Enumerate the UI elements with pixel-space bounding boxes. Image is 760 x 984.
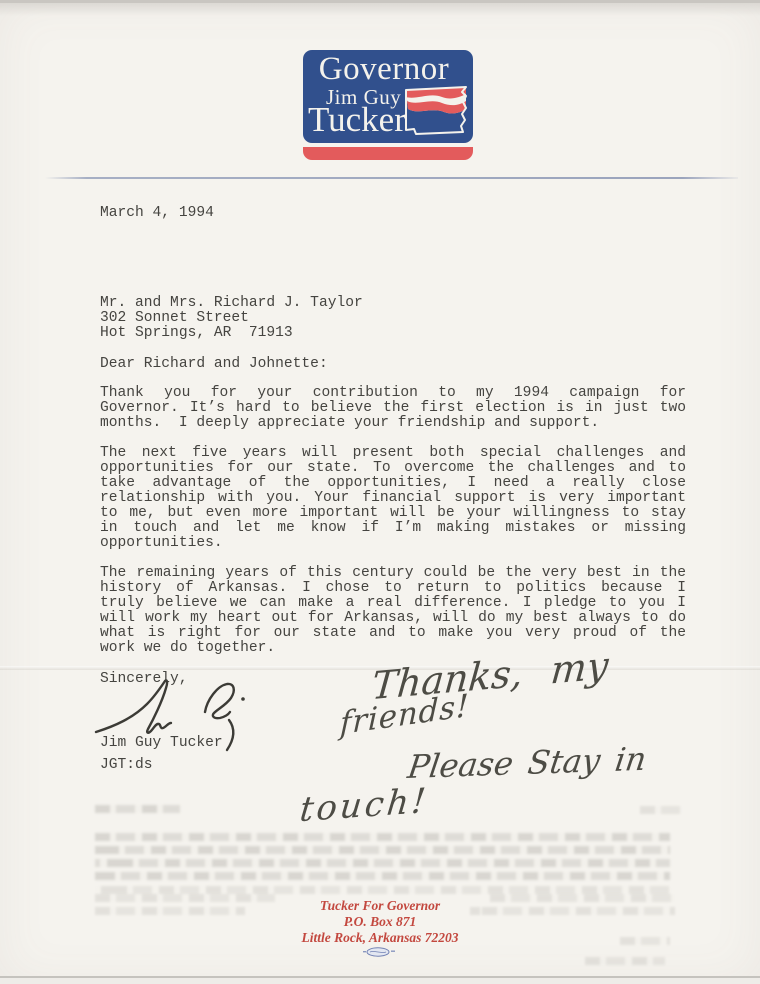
bleedthrough-row [95, 872, 670, 880]
bleedthrough-row [95, 805, 180, 813]
text-line: 302 Sonnet Street [100, 311, 363, 326]
bleedthrough-row [95, 833, 670, 841]
bleedthrough-row [95, 886, 670, 894]
footer-address-block: Tucker For Governor P.O. Box 871 Little … [0, 898, 760, 945]
text-line: The remaining years of this century coul… [100, 566, 686, 581]
text-line: months. I deeply appreciate your friends… [100, 416, 686, 431]
text-line: relationship with you. Your financial su… [100, 491, 686, 506]
body-paragraph-3: The remaining years of this century coul… [100, 566, 686, 656]
bleedthrough-row [95, 846, 670, 854]
text-line: truly believe we can make a real differe… [100, 596, 686, 611]
body-paragraph-1: Thank you for your contribution to my 19… [100, 386, 686, 431]
text-line: Mr. and Mrs. Richard J. Taylor [100, 296, 363, 311]
letter-date: March 4, 1994 [100, 206, 214, 221]
recipient-address: Mr. and Mrs. Richard J. Taylor302 Sonnet… [100, 296, 363, 341]
text-line: will work my heart out for Arkansas, wil… [100, 611, 686, 626]
signature-scribble [93, 676, 268, 756]
footer-org: Tucker For Governor [0, 898, 760, 914]
footer-po-box: P.O. Box 871 [0, 914, 760, 930]
bleedthrough-row [95, 859, 670, 867]
fold-crease-upper [45, 177, 738, 179]
text-line: history of Arkansas. I chose to return t… [100, 581, 686, 596]
text-line: opportunities. [100, 536, 686, 551]
logo-blue-panel: Governor Jim Guy Tucker [303, 50, 473, 143]
salutation: Dear Richard and Johnette: [100, 357, 328, 372]
body-paragraph-2: The next five years will present both sp… [100, 446, 686, 551]
text-line: take advantage of the opportunities, I n… [100, 476, 686, 491]
arkansas-state-flag-icon [401, 84, 470, 137]
handwritten-note-line-3: Please Stay in [405, 740, 648, 787]
text-line: Hot Springs, AR 71913 [100, 326, 363, 341]
text-line: Thank you for your contribution to my 19… [100, 386, 686, 401]
logo-red-bar [303, 147, 473, 160]
scanned-letter-page: Governor Jim Guy Tucker March 4, 1994 Mr… [0, 0, 760, 984]
text-line: Governor. It’s hard to believe the first… [100, 401, 686, 416]
logo-word-tucker: Tucker [308, 102, 406, 138]
handwritten-note-line-2: friends! [339, 688, 470, 743]
logo-word-governor: Governor [303, 52, 465, 86]
text-line: what is right for our state and to make … [100, 626, 686, 641]
footer-city: Little Rock, Arkansas 72203 [0, 930, 760, 946]
text-line: in touch and let me know if I’m making m… [100, 521, 686, 536]
bleedthrough-row [640, 806, 682, 814]
typist-initials: JGT:ds [100, 758, 153, 773]
union-label-icon [362, 946, 396, 958]
scan-bottom-margin [0, 978, 760, 984]
scan-top-edge [0, 0, 760, 3]
text-line: The next five years will present both sp… [100, 446, 686, 461]
bleedthrough-row [585, 957, 665, 965]
text-line: opportunities for our state. To overcome… [100, 461, 686, 476]
handwritten-note-line-4: touch! [298, 781, 431, 830]
text-line: to me, but even more important will be y… [100, 506, 686, 521]
